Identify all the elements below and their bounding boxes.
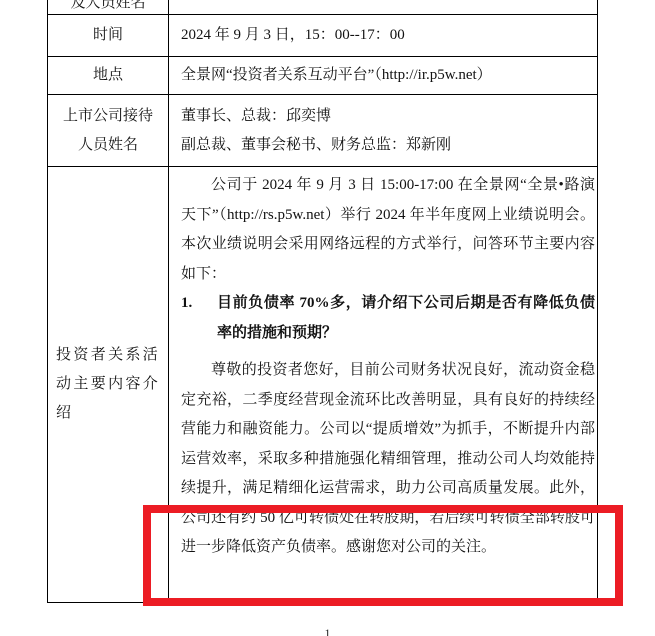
table-row-location: 地点 全景网“投资者关系互动平台”（http://ir.p5w.net） bbox=[48, 57, 597, 95]
answer-1-paragraph: 尊敬的投资者您好，目前公司财务状况良好，流动资金稳定充裕，二季度经营现金流环比改… bbox=[181, 356, 595, 563]
ir-activity-record-table: 及人员姓名 时间 2024 年 9 月 3 日，15：00--17：00 地点 … bbox=[47, 0, 598, 603]
time-label: 时间 bbox=[48, 15, 169, 56]
document-page: 及人员姓名 时间 2024 年 9 月 3 日，15：00--17：00 地点 … bbox=[0, 0, 655, 636]
table-row-activity-content: 投资者关系活动主要内容介绍 公司于 2024 年 9 月 3 日 15:00-1… bbox=[48, 167, 597, 603]
activity-content-label: 投资者关系活动主要内容介绍 bbox=[48, 167, 169, 602]
question-1-text: 目前负债率 70%多，请介绍下公司后期是否有降低负债率的措施和预期？ bbox=[217, 289, 595, 348]
participants-label-fragment: 及人员姓名 bbox=[48, 0, 169, 14]
reception-staff-label-text: 上市公司接待人员姓名 bbox=[61, 102, 155, 160]
question-1: 1. 目前负债率 70%多，请介绍下公司后期是否有降低负债率的措施和预期？ bbox=[181, 289, 595, 348]
reception-staff-line-2: 副总裁、董事会秘书、财务总监：郑新刚 bbox=[181, 131, 594, 160]
table-row-reception-staff: 上市公司接待人员姓名 董事长、总裁：邱奕博 副总裁、董事会秘书、财务总监：郑新刚 bbox=[48, 95, 597, 167]
table-row-time: 时间 2024 年 9 月 3 日，15：00--17：00 bbox=[48, 15, 597, 57]
time-value: 2024 年 9 月 3 日，15：00--17：00 bbox=[169, 15, 597, 56]
reception-staff-value: 董事长、总裁：邱奕博 副总裁、董事会秘书、财务总监：郑新刚 bbox=[169, 95, 597, 166]
table-row-participants-truncated: 及人员姓名 bbox=[48, 0, 597, 15]
participants-value-empty bbox=[169, 0, 597, 14]
location-label: 地点 bbox=[48, 57, 169, 94]
reception-staff-line-1: 董事长、总裁：邱奕博 bbox=[181, 102, 594, 131]
activity-content-label-text: 投资者关系活动主要内容介绍 bbox=[56, 341, 160, 428]
page-number: 1 bbox=[0, 626, 655, 636]
location-value: 全景网“投资者关系互动平台”（http://ir.p5w.net） bbox=[169, 57, 597, 94]
activity-intro-paragraph: 公司于 2024 年 9 月 3 日 15:00-17:00 在全景网“全景•路… bbox=[181, 171, 595, 289]
activity-content-body: 公司于 2024 年 9 月 3 日 15:00-17:00 在全景网“全景•路… bbox=[169, 167, 597, 602]
reception-staff-label: 上市公司接待人员姓名 bbox=[48, 95, 169, 166]
question-1-number: 1. bbox=[181, 289, 217, 348]
